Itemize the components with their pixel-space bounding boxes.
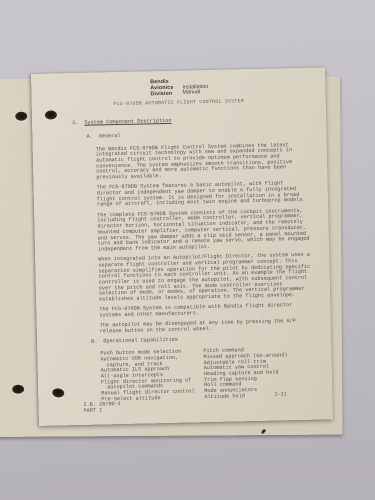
capability-list-right: Pitch command Missed approach (Go-around… xyxy=(203,347,314,401)
paragraph: The FCS-870DB System features a basic au… xyxy=(97,181,310,209)
document-title: FCS-870DB AUTOMATIC FLIGHT CONTROL SYSTE… xyxy=(32,98,326,110)
doc-type-line: Manual xyxy=(183,90,209,96)
section-number: 3. xyxy=(72,121,78,127)
punch-hole xyxy=(45,110,57,119)
subsection-label: B. xyxy=(91,340,97,346)
capability-columns: Push button mode selection Automatic VOR… xyxy=(100,346,332,403)
section-3-heading: 3. System Component Description xyxy=(72,115,326,126)
paragraph: When integrated into an Autopilot/Flight… xyxy=(98,253,312,303)
brand-line: Division xyxy=(150,91,173,97)
doc-type-block: Installation Manual xyxy=(182,79,208,97)
paragraph: The Bendix FCS-870DB Flight Control Syst… xyxy=(96,142,310,181)
footer-document-ref: I.B. 28700-1 PART 1 xyxy=(83,402,121,414)
page-header: Bendix Avionics Division Installation Ma… xyxy=(150,76,325,97)
paragraph: The autopilot may be disengaged at any t… xyxy=(100,319,313,335)
subsection-title: General xyxy=(99,134,121,140)
capability-list-left: Push button mode selection Automatic VOR… xyxy=(100,349,204,403)
general-paragraphs: The Bendix FCS-870DB Flight Control Syst… xyxy=(96,142,313,335)
subsection-label: A. xyxy=(86,134,92,140)
doc-part: PART 1 xyxy=(84,408,121,415)
brand-block: Bendix Avionics Division xyxy=(150,80,173,98)
paragraph: The complete FCS-870DB System consists o… xyxy=(97,208,311,253)
subsection-b-heading: B. Operational Capabilities xyxy=(91,335,331,346)
capability-item: Altitude hold xyxy=(204,392,314,400)
photo-of-manual-page: Bendix Avionics Division Installation Ma… xyxy=(0,0,375,500)
section-title: System Component Description xyxy=(84,119,171,127)
paragraph: The FCS-870DB System is compatible with … xyxy=(99,303,312,319)
footer-page-number: 1-11 xyxy=(274,392,287,398)
punch-hole xyxy=(12,385,24,394)
subsection-title: Operational Capabilities xyxy=(103,338,178,345)
subsection-a-heading: A. General xyxy=(86,129,326,140)
punch-hole xyxy=(52,388,65,398)
document-page: Bendix Avionics Division Installation Ma… xyxy=(31,67,333,426)
punch-hole xyxy=(15,112,27,121)
